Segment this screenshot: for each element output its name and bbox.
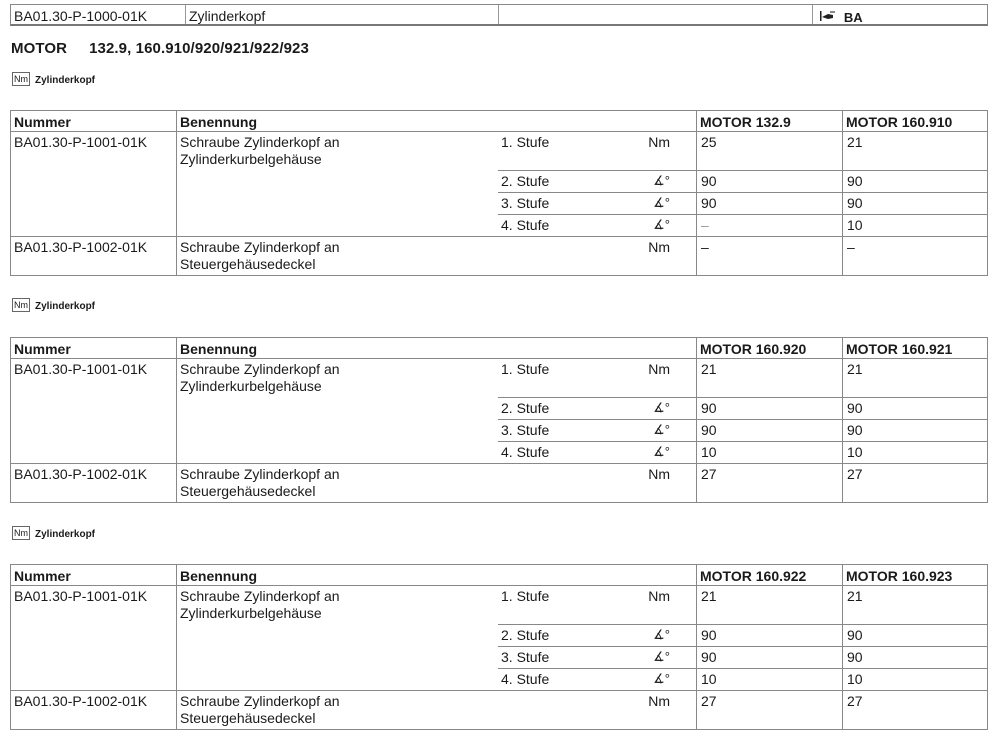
torque-nm-icon: Nm: [12, 526, 30, 540]
column-header-number: Nummer: [11, 565, 177, 585]
stage-label: 3. Stufe: [498, 192, 638, 214]
angle-icon: ∡°: [638, 170, 697, 192]
stage-row: 4. Stufe ∡° – 10: [498, 214, 987, 236]
torque-nm-icon: Nm: [12, 72, 30, 86]
column-header-number: Nummer: [11, 338, 177, 358]
column-header-motor: MOTOR 160.910: [843, 111, 987, 131]
column-header-number: Nummer: [11, 111, 177, 131]
angle-icon: ∡°: [638, 192, 697, 214]
angle-value: 10: [843, 441, 987, 463]
part-name-line: Schraube Zylinderkopf an: [180, 134, 495, 151]
column-header-name: Benennung: [177, 111, 697, 131]
stage-label: 2. Stufe: [498, 397, 638, 419]
torque-value: 21: [843, 586, 987, 624]
part-name: Schraube Zylinderkopf an Steuergehäusede…: [177, 691, 498, 729]
stage-row: 3. Stufe ∡° 90 90: [498, 646, 987, 668]
unit-label: Nm: [638, 691, 697, 729]
angle-value: 10: [697, 668, 843, 690]
stage-label: 4. Stufe: [498, 668, 638, 690]
table-row: BA01.30-P-1001-01K Schraube Zylinderkopf…: [11, 132, 987, 237]
column-header-motor: MOTOR 160.921: [843, 338, 987, 358]
unit-label: Nm: [638, 464, 697, 502]
part-name: Schraube Zylinderkopf an Steuergehäusede…: [177, 464, 498, 502]
part-name-line: Schraube Zylinderkopf an: [180, 693, 495, 710]
table-row: BA01.30-P-1002-01K Schraube Zylinderkopf…: [11, 237, 987, 275]
part-name-line: Schraube Zylinderkopf an: [180, 588, 495, 605]
unit-label: Nm: [638, 359, 697, 397]
torque-value: –: [697, 237, 843, 275]
stage-label: 4. Stufe: [498, 214, 638, 236]
part-number[interactable]: BA01.30-P-1002-01K: [11, 237, 177, 275]
table-row: BA01.30-P-1002-01K Schraube Zylinderkopf…: [11, 691, 987, 729]
stage-row: 1. Stufe Nm 21 21: [498, 359, 987, 397]
torque-value: 27: [843, 691, 987, 729]
torque-value: 27: [843, 464, 987, 502]
angle-value: 90: [843, 419, 987, 441]
part-name: Schraube Zylinderkopf an Zylinderkurbelg…: [177, 132, 498, 236]
stage-row: 4. Stufe ∡° 10 10: [498, 441, 987, 463]
stage-label: 1. Stufe: [498, 132, 638, 170]
column-header-motor: MOTOR 160.923: [843, 565, 987, 585]
table-header-row: Nummer Benennung MOTOR 132.9 MOTOR 160.9…: [11, 111, 987, 132]
torque-value: 27: [697, 464, 843, 502]
part-name-line: Schraube Zylinderkopf an: [180, 239, 495, 256]
stage-list: Nm 27 27: [498, 691, 987, 729]
angle-icon: ∡°: [638, 624, 697, 646]
part-name-line: Zylinderkurbelgehäuse: [180, 378, 495, 395]
stage-label: 2. Stufe: [498, 170, 638, 192]
angle-value: 10: [843, 668, 987, 690]
torque-value: 25: [697, 132, 843, 170]
stage-list: Nm – –: [498, 237, 987, 275]
part-number[interactable]: BA01.30-P-1001-01K: [11, 586, 177, 690]
unit-label: Nm: [638, 132, 697, 170]
section-title: Zylinderkopf: [35, 75, 95, 86]
angle-value: 90: [843, 397, 987, 419]
angle-value: 90: [843, 624, 987, 646]
section-title: Zylinderkopf: [35, 301, 95, 312]
section-label: Nm Zylinderkopf: [12, 526, 95, 540]
torque-nm-icon: Nm: [12, 298, 30, 312]
document-type-label: BA: [844, 10, 863, 25]
angle-value: 90: [697, 646, 843, 668]
angle-value: 10: [843, 214, 987, 236]
angle-value: 90: [697, 192, 843, 214]
angle-value: –: [697, 214, 843, 236]
part-name: Schraube Zylinderkopf an Zylinderkurbelg…: [177, 586, 498, 690]
document-type-cell: BA: [813, 5, 987, 24]
angle-value: 90: [843, 646, 987, 668]
stage-row: Nm 27 27: [498, 464, 987, 502]
stage-row: 3. Stufe ∡° 90 90: [498, 419, 987, 441]
angle-value: 90: [697, 624, 843, 646]
table-row: BA01.30-P-1002-01K Schraube Zylinderkopf…: [11, 464, 987, 502]
motor-title: MOTOR132.9, 160.910/920/921/922/923: [11, 40, 309, 57]
angle-icon: ∡°: [638, 397, 697, 419]
column-header-motor: MOTOR 160.922: [697, 565, 843, 585]
stage-label: 4. Stufe: [498, 441, 638, 463]
column-header-motor: MOTOR 132.9: [697, 111, 843, 131]
torque-value: 21: [843, 359, 987, 397]
stage-label: 3. Stufe: [498, 419, 638, 441]
table-row: BA01.30-P-1001-01K Schraube Zylinderkopf…: [11, 359, 987, 464]
angle-value: 90: [697, 170, 843, 192]
torque-table: Nummer Benennung MOTOR 132.9 MOTOR 160.9…: [10, 110, 988, 276]
unit-label: Nm: [638, 237, 697, 275]
torque-table: Nummer Benennung MOTOR 160.922 MOTOR 160…: [10, 564, 988, 730]
stage-row: 1. Stufe Nm 21 21: [498, 586, 987, 624]
stage-label: 1. Stufe: [498, 586, 638, 624]
column-header-name: Benennung: [177, 565, 697, 585]
stage-label: 2. Stufe: [498, 624, 638, 646]
stage-label: [498, 464, 638, 502]
angle-icon: ∡°: [638, 646, 697, 668]
part-name-line: Steuergehäusedeckel: [180, 710, 495, 727]
torque-table: Nummer Benennung MOTOR 160.920 MOTOR 160…: [10, 337, 988, 503]
table-header-row: Nummer Benennung MOTOR 160.922 MOTOR 160…: [11, 565, 987, 586]
part-name-line: Steuergehäusedeckel: [180, 256, 495, 273]
part-number[interactable]: BA01.30-P-1002-01K: [11, 464, 177, 502]
stage-row: 2. Stufe ∡° 90 90: [498, 397, 987, 419]
document-title: Zylinderkopf: [186, 5, 499, 24]
stage-label: 1. Stufe: [498, 359, 638, 397]
part-name-line: Schraube Zylinderkopf an: [180, 361, 495, 378]
part-name-line: Schraube Zylinderkopf an: [180, 466, 495, 483]
stage-list: 1. Stufe Nm 21 21 2. Stufe ∡° 90 90 3. S…: [498, 586, 987, 690]
column-header-name: Benennung: [177, 338, 697, 358]
part-name-line: Steuergehäusedeckel: [180, 483, 495, 500]
table-header-row: Nummer Benennung MOTOR 160.920 MOTOR 160…: [11, 338, 987, 359]
stage-label: [498, 237, 638, 275]
motor-title-models: 132.9, 160.910/920/921/922/923: [89, 40, 309, 57]
torque-value: –: [843, 237, 987, 275]
angle-value: 90: [843, 170, 987, 192]
unit-label: Nm: [638, 586, 697, 624]
stage-label: [498, 691, 638, 729]
column-header-motor: MOTOR 160.920: [697, 338, 843, 358]
angle-value: 10: [697, 441, 843, 463]
part-name: Schraube Zylinderkopf an Zylinderkurbelg…: [177, 359, 498, 463]
stage-row: Nm – –: [498, 237, 987, 275]
document-header-bar: BA01.30-P-1000-01K Zylinderkopf BA: [10, 4, 988, 26]
stage-row: 1. Stufe Nm 25 21: [498, 132, 987, 170]
stage-row: 3. Stufe ∡° 90 90: [498, 192, 987, 214]
torque-value: 21: [697, 586, 843, 624]
part-name-line: Zylinderkurbelgehäuse: [180, 151, 495, 168]
section-label: Nm Zylinderkopf: [12, 298, 95, 312]
document-header-empty-cell: [499, 5, 813, 24]
document-number: BA01.30-P-1000-01K: [11, 5, 186, 24]
angle-icon: ∡°: [638, 441, 697, 463]
stage-list: 1. Stufe Nm 25 21 2. Stufe ∡° 90 90 3. S…: [498, 132, 987, 236]
stage-row: 2. Stufe ∡° 90 90: [498, 170, 987, 192]
angle-value: 90: [697, 419, 843, 441]
angle-icon: ∡°: [638, 214, 697, 236]
part-number[interactable]: BA01.30-P-1001-01K: [11, 132, 177, 236]
angle-value: 90: [697, 397, 843, 419]
part-number[interactable]: BA01.30-P-1002-01K: [11, 691, 177, 729]
torque-value: 21: [697, 359, 843, 397]
table-row: BA01.30-P-1001-01K Schraube Zylinderkopf…: [11, 586, 987, 691]
angle-icon: ∡°: [638, 419, 697, 441]
ba-document-icon: [819, 9, 837, 25]
motor-title-prefix: MOTOR: [11, 40, 67, 57]
stage-row: 2. Stufe ∡° 90 90: [498, 624, 987, 646]
stage-label: 3. Stufe: [498, 646, 638, 668]
torque-value: 21: [843, 132, 987, 170]
stage-row: 4. Stufe ∡° 10 10: [498, 668, 987, 690]
angle-value: 90: [843, 192, 987, 214]
angle-icon: ∡°: [638, 668, 697, 690]
stage-row: Nm 27 27: [498, 691, 987, 729]
torque-value: 27: [697, 691, 843, 729]
section-title: Zylinderkopf: [35, 529, 95, 540]
stage-list: Nm 27 27: [498, 464, 987, 502]
part-name: Schraube Zylinderkopf an Steuergehäusede…: [177, 237, 498, 275]
section-label: Nm Zylinderkopf: [12, 72, 95, 86]
part-name-line: Zylinderkurbelgehäuse: [180, 605, 495, 622]
stage-list: 1. Stufe Nm 21 21 2. Stufe ∡° 90 90 3. S…: [498, 359, 987, 463]
part-number[interactable]: BA01.30-P-1001-01K: [11, 359, 177, 463]
